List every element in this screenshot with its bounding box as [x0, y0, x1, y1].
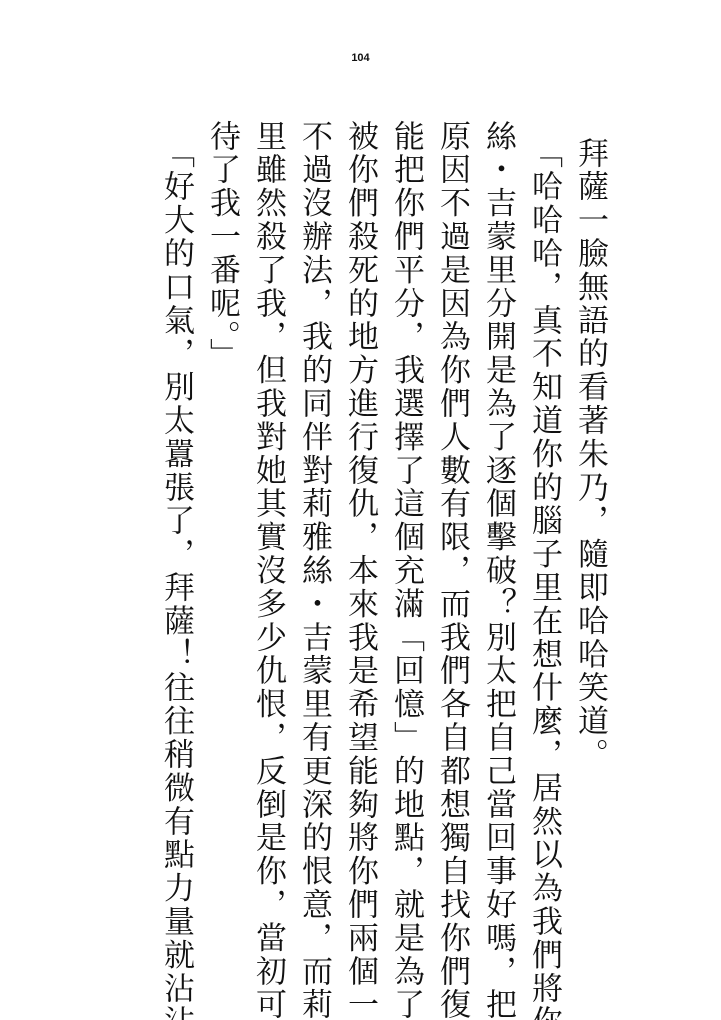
- text-column-7: 不過沒辦法，我的同伴對莉雅絲・吉蒙里有更深的恨意，而莉雅絲・吉蒙: [291, 120, 337, 1000]
- text-column-10: 「好大的口氣，別太囂張了，拜薩！往往稍微有點力量就沾沾自喜，: [153, 120, 199, 1000]
- text-column-1: 拜薩一臉無語的看著朱乃，隨即哈哈笑道。: [567, 120, 613, 1000]
- text-column-2: 「哈哈哈，真不知道你的腦子里在想什麼，居然以為我們將你和莉雅: [521, 120, 567, 1000]
- vertical-text-body: 拜薩一臉無語的看著朱乃，隨即哈哈笑道。 「哈哈哈，真不知道你的腦子里在想什麼，居…: [153, 120, 613, 1000]
- text-column-9: 待了我一番呢。」: [199, 120, 245, 1000]
- text-column-6: 被你們殺死的地方進行復仇，本來我是希望能夠將你們兩個一網打盡的，: [337, 120, 383, 1000]
- text-column-4: 原因不過是因為你們人數有限，而我們各自都想獨自找你們復仇，所以只: [429, 120, 475, 1000]
- text-column-3: 絲・吉蒙里分開是為了逐個擊破？別太把自己當回事好嗎，把你們分開的: [475, 120, 521, 1000]
- text-column-5: 能把你們平分，我選擇了這個充滿「回憶」的地點，就是為了在這個當初: [383, 120, 429, 1000]
- page-number: 104: [0, 52, 721, 64]
- text-column-8: 里雖然殺了我，但我對她其實沒多少仇恨，反倒是你，當初可是狠狠的招: [245, 120, 291, 1000]
